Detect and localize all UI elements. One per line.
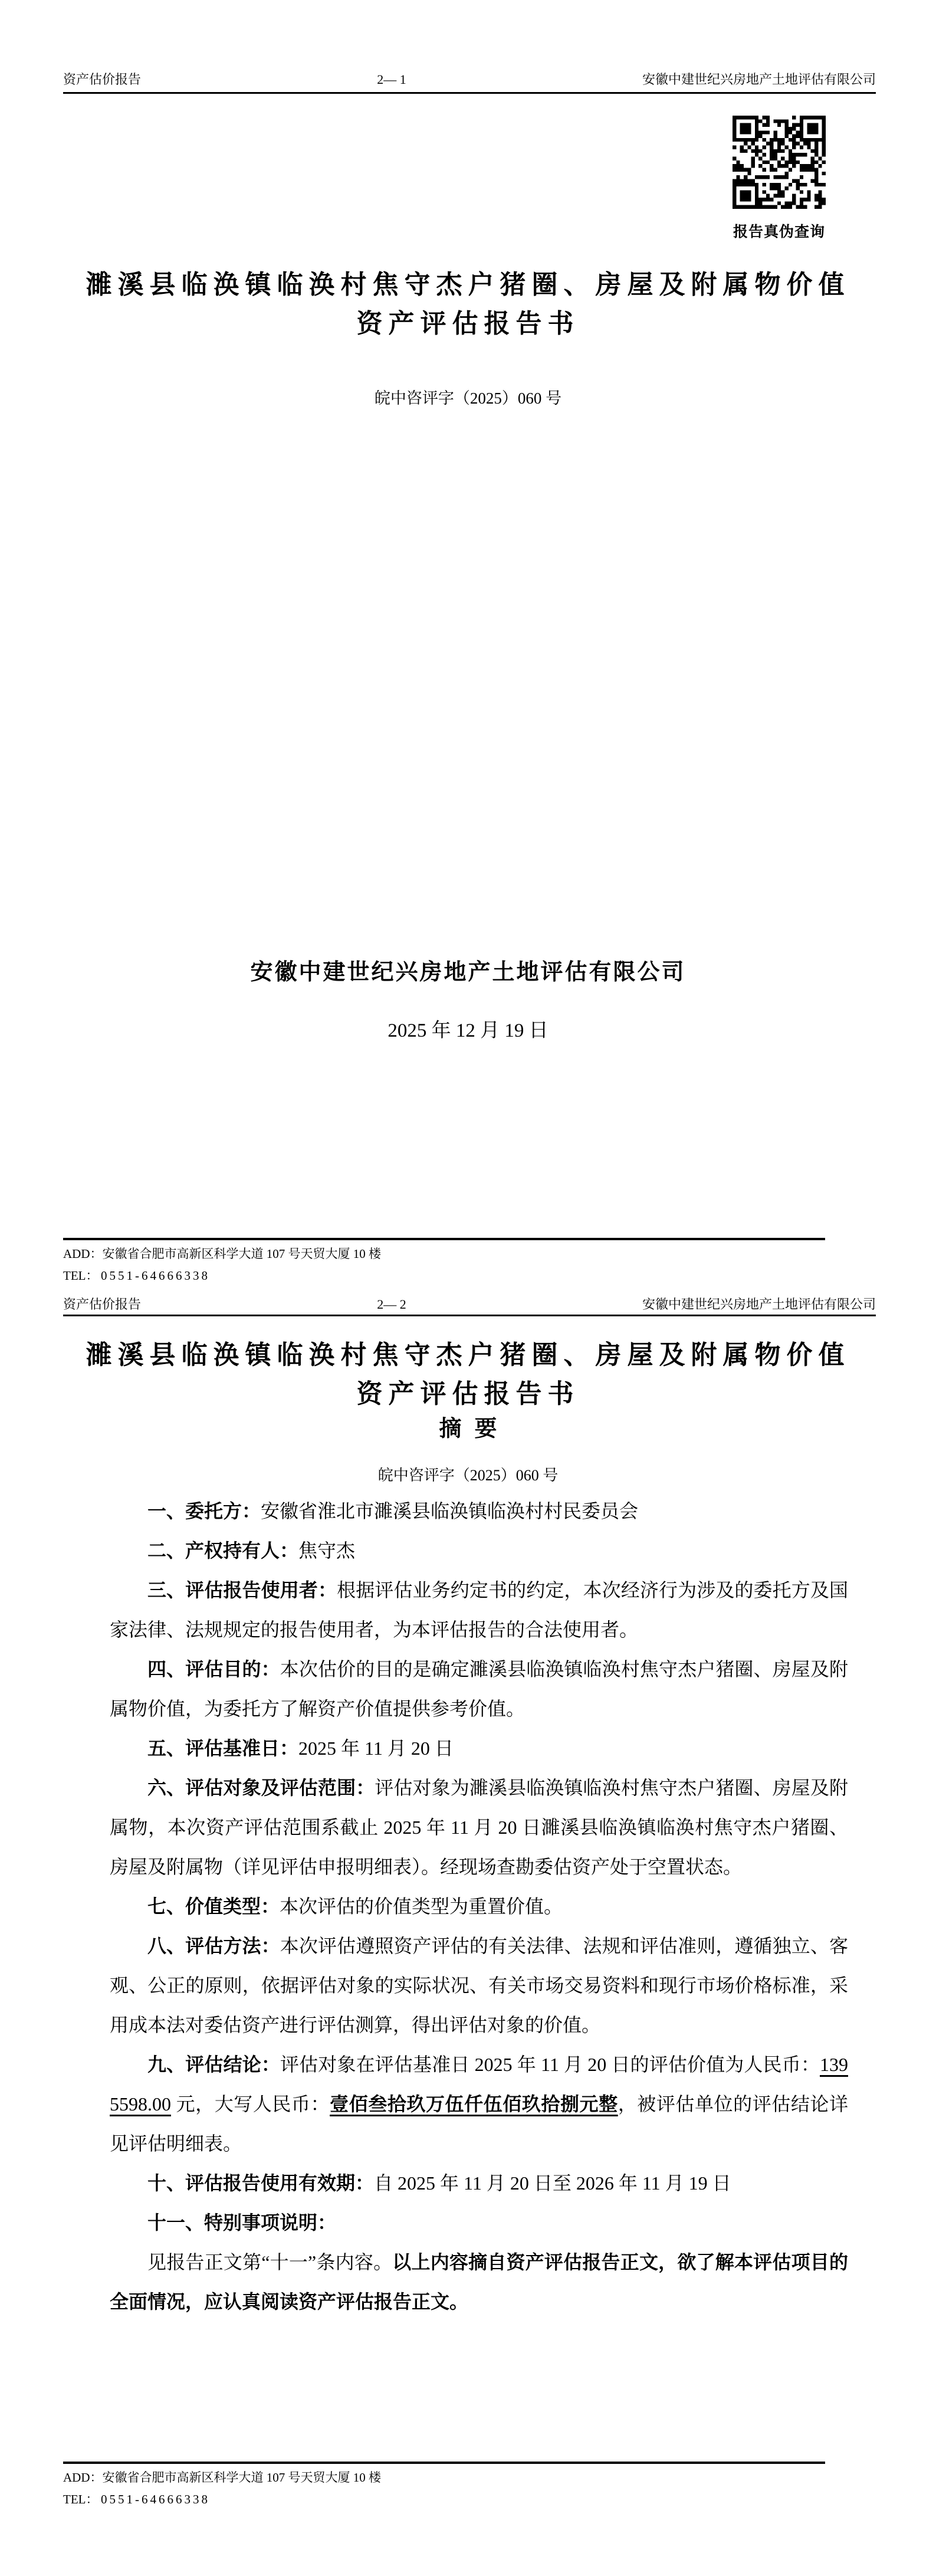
qr-code (733, 116, 826, 212)
report-date: 2025 年 12 月 19 日 (0, 1015, 936, 1043)
page1-header: 资产估价报告 2— 1 安徽中建世纪兴房地产土地评估有限公司 (63, 70, 876, 88)
summary-body: 一、委托方：安徽省淮北市濉溪县临涣镇临涣村村民委员会 二、产权持有人：焦守杰 三… (110, 1492, 848, 2322)
footer-tel-label: TEL： (63, 1266, 101, 1284)
item-label: 一、委托方： (147, 1500, 261, 1522)
item-text: 元，大写人民币： (171, 2093, 330, 2115)
summary-item-10: 十、评估报告使用有效期：自 2025 年 11 月 20 日至 2026 年 1… (110, 2164, 848, 2203)
item-text: 焦守杰 (298, 1540, 355, 1561)
item-text: 评估对象在评估基准日 2025 年 11 月 20 日的评估价值为人民币： (280, 2054, 820, 2075)
item-label: 三、评估报告使用者： (147, 1579, 337, 1601)
footer-address-label: ADD： (63, 2468, 103, 2486)
appraised-amount-in-words: 壹佰叁拾玖万伍仟伍佰玖拾捌元整 (330, 2093, 618, 2115)
footer-address-value: 安徽省合肥市高新区科学大道 107 号天贸大厦 10 楼 (103, 1247, 382, 1261)
footer-rule (63, 2462, 825, 2464)
header-page-number: 2— 1 (377, 72, 406, 87)
appraisal-report-document: 资产估价报告 2— 1 安徽中建世纪兴房地产土地评估有限公司 报告真伪查询 濉溪… (0, 0, 936, 2576)
summary-item-4: 四、评估目的：本次估价的目的是确定濉溪县临涣镇临涣村焦守杰户猪圈、房屋及附属物价… (110, 1650, 848, 1729)
footer-tel-label: TEL： (63, 2490, 101, 2508)
issuer-company-name: 安徽中建世纪兴房地产土地评估有限公司 (0, 953, 936, 986)
footer-tel-value: 0551-64666338 (101, 2492, 210, 2506)
header-doc-type: 资产估价报告 (63, 1294, 141, 1313)
item-label: 六、评估对象及评估范围： (147, 1777, 375, 1798)
item-label: 四、评估目的： (147, 1659, 280, 1680)
report-title-line2: 资产评估报告书 (0, 1375, 936, 1414)
closing-text: 见报告正文第“十一”条内容。 (147, 2251, 392, 2273)
footer-tel-value: 0551-64666338 (101, 1269, 210, 1283)
item-label: 十一、特别事项说明： (147, 2212, 336, 2233)
summary-item-5: 五、评估基准日：2025 年 11 月 20 日 (110, 1729, 848, 1768)
summary-item-7: 七、价值类型：本次评估的价值类型为重置价值。 (110, 1887, 848, 1926)
item-label: 八、评估方法： (147, 1935, 280, 1956)
item-text: 本次评估的价值类型为重置价值。 (280, 1896, 563, 1917)
footer-address-row: ADD：安徽省合肥市高新区科学大道 107 号天贸大厦 10 楼 (63, 1244, 381, 1262)
header-page-number: 2— 2 (377, 1297, 406, 1312)
item-label: 二、产权持有人： (147, 1540, 298, 1561)
summary-closing: 见报告正文第“十一”条内容。以上内容摘自资产评估报告正文，欲了解本评估项目的全面… (110, 2243, 848, 2322)
summary-item-11: 十一、特别事项说明： (110, 2203, 848, 2243)
footer-address-row: ADD：安徽省合肥市高新区科学大道 107 号天贸大厦 10 楼 (63, 2468, 381, 2486)
summary-item-3: 三、评估报告使用者：根据评估业务约定书的约定，本次经济行为涉及的委托方及国家法律… (110, 1571, 848, 1650)
summary-item-9: 九、评估结论：评估对象在评估基准日 2025 年 11 月 20 日的评估价值为… (110, 2045, 848, 2164)
footer-rule (63, 1238, 825, 1240)
page2-header: 资产估价报告 2— 2 安徽中建世纪兴房地产土地评估有限公司 (63, 1294, 876, 1313)
summary-heading: 摘要 (0, 1416, 936, 1442)
item-text: 自 2025 年 11 月 20 日至 2026 年 11 月 19 日 (374, 2172, 731, 2194)
summary-report-title: 濉溪县临涣镇临涣村焦守杰户猪圈、房屋及附属物价值 资产评估报告书 (0, 1336, 936, 1414)
summary-item-8: 八、评估方法：本次评估遵照资产评估的有关法律、法规和评估准则，遵循独立、客观、公… (110, 1926, 848, 2045)
header-rule (63, 1315, 876, 1316)
item-label: 九、评估结论： (147, 2054, 280, 2075)
qr-caption: 报告真伪查询 (733, 220, 826, 241)
qr-block: 报告真伪查询 (733, 116, 826, 241)
header-company-name: 安徽中建世纪兴房地产土地评估有限公司 (642, 1294, 876, 1313)
header-rule (63, 92, 876, 94)
report-title: 濉溪县临涣镇临涣村焦守杰户猪圈、房屋及附属物价值 资产评估报告书 (0, 266, 936, 343)
report-title-line1: 濉溪县临涣镇临涣村焦守杰户猪圈、房屋及附属物价值 (0, 1336, 936, 1375)
item-text: 2025 年 11 月 20 日 (298, 1738, 454, 1759)
footer-address-label: ADD： (63, 1244, 103, 1262)
summary-item-6: 六、评估对象及评估范围：评估对象为濉溪县临涣镇临涣村焦守杰户猪圈、房屋及附属物，… (110, 1768, 848, 1887)
item-label: 七、价值类型： (147, 1896, 280, 1917)
item-label: 五、评估基准日： (147, 1738, 298, 1759)
item-text: 安徽省淮北市濉溪县临涣镇临涣村村民委员会 (261, 1500, 638, 1522)
footer-tel-row: TEL：0551-64666338 (63, 2490, 210, 2508)
report-title-line2: 资产评估报告书 (0, 304, 936, 343)
header-doc-type: 资产估价报告 (63, 70, 141, 88)
footer-tel-row: TEL：0551-64666338 (63, 1266, 210, 1284)
item-label: 十、评估报告使用有效期： (147, 2172, 374, 2194)
header-company-name: 安徽中建世纪兴房地产土地评估有限公司 (642, 70, 876, 88)
summary-item-2: 二、产权持有人：焦守杰 (110, 1531, 848, 1571)
doc-number: 皖中咨评字（2025）060 号 (0, 389, 936, 407)
footer-address-value: 安徽省合肥市高新区科学大道 107 号天贸大厦 10 楼 (103, 2470, 382, 2485)
report-title-line1: 濉溪县临涣镇临涣村焦守杰户猪圈、房屋及附属物价值 (0, 266, 936, 304)
summary-doc-number: 皖中咨评字（2025）060 号 (0, 1467, 936, 1484)
summary-item-1: 一、委托方：安徽省淮北市濉溪县临涣镇临涣村村民委员会 (110, 1492, 848, 1531)
